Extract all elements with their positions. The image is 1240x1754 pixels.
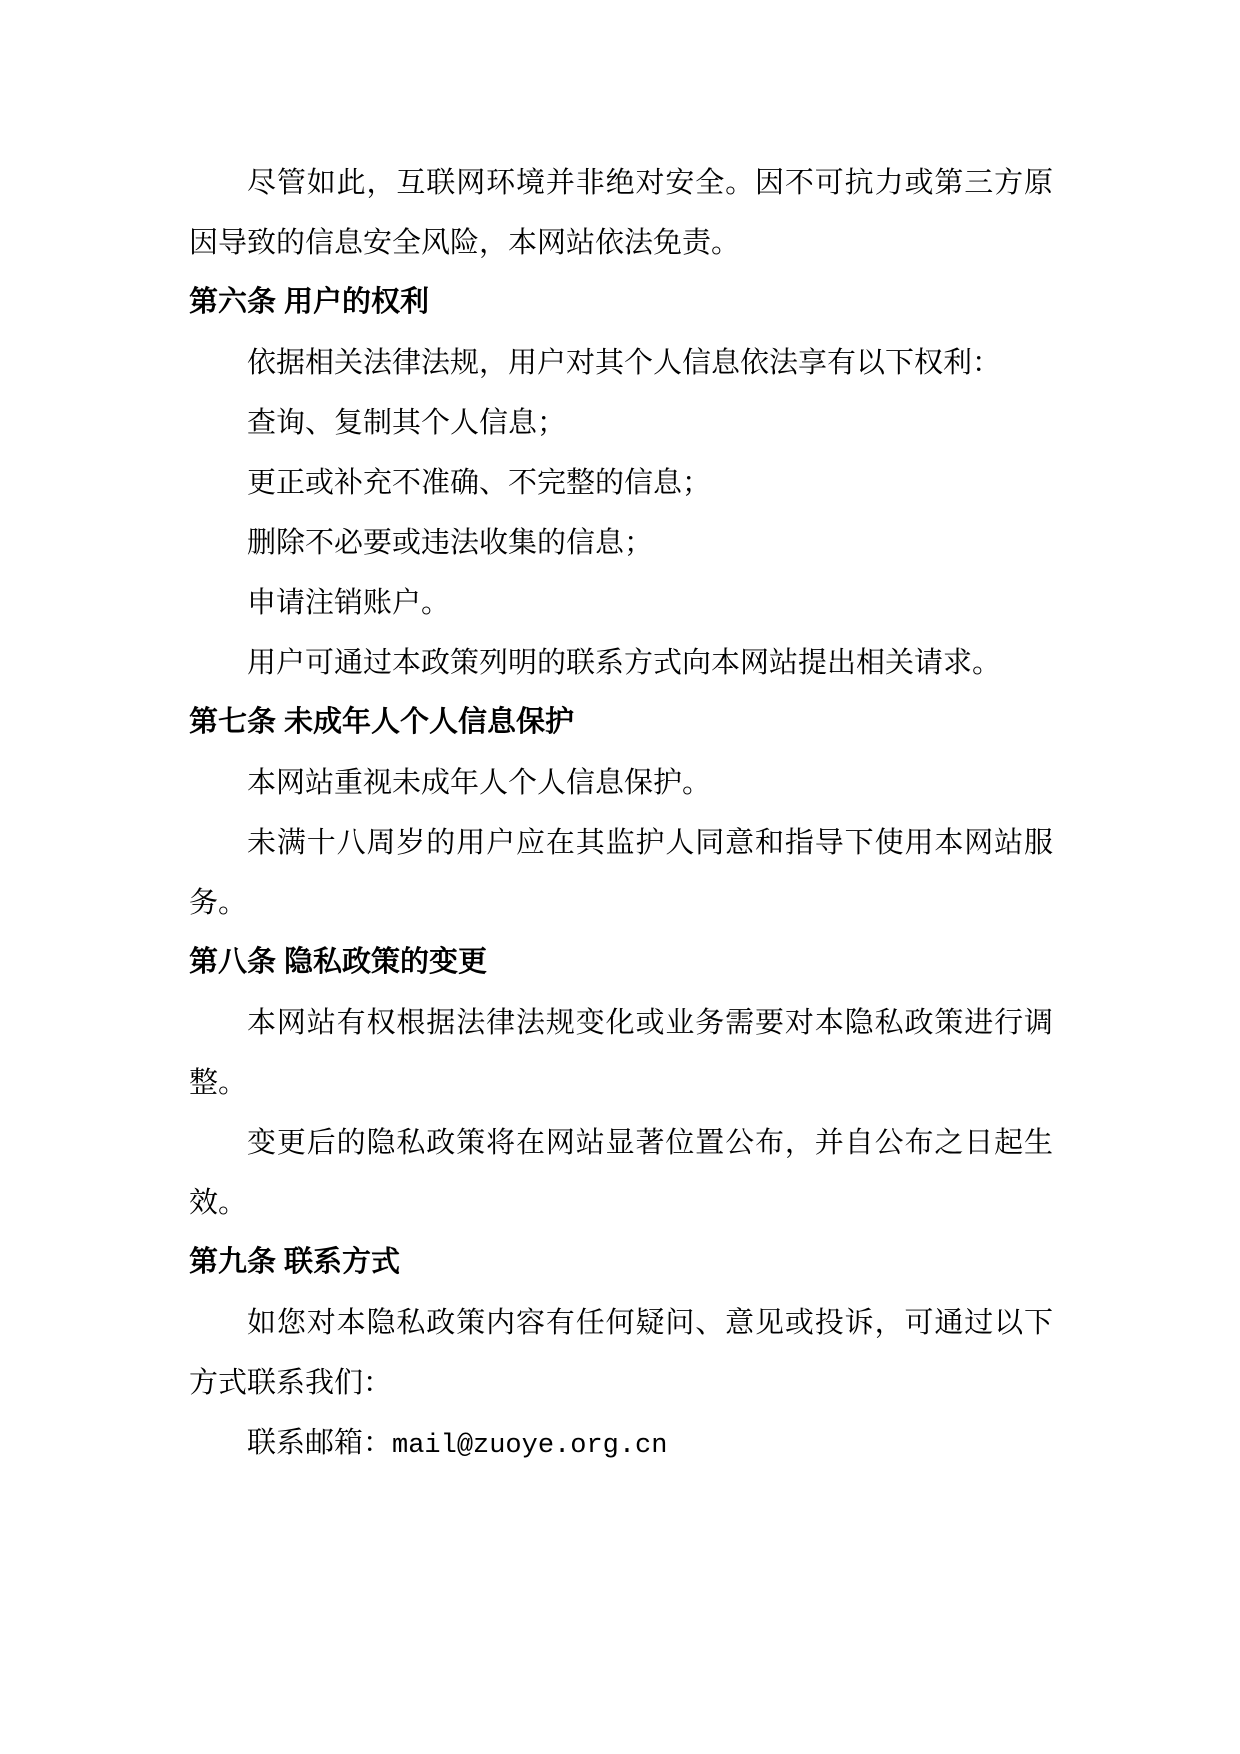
document-body: 尽管如此，互联网环境并非绝对安全。因不可抗力或第三方原因导致的信息安全风险，本网… [189, 152, 1053, 1476]
paragraph-right-correct: 更正或补充不准确、不完整的信息； [189, 452, 1053, 512]
paragraph-right-delete: 删除不必要或违法收集的信息； [189, 512, 1053, 572]
contact-email-label: 联系邮箱： [247, 1425, 392, 1459]
paragraph-minors-guardian: 未满十八周岁的用户应在其监护人同意和指导下使用本网站服务。 [189, 812, 1053, 932]
section-heading-article-7: 第七条 未成年人个人信息保护 [189, 692, 1053, 752]
paragraph-contact-intro: 如您对本隐私政策内容有任何疑问、意见或投诉，可通过以下方式联系我们： [189, 1292, 1053, 1412]
section-heading-article-8: 第八条 隐私政策的变更 [189, 932, 1053, 992]
paragraph-right-query-copy: 查询、复制其个人信息； [189, 392, 1053, 452]
paragraph-contact-email-line: 联系邮箱：mail@zuoye.org.cn [189, 1412, 1053, 1476]
paragraph-rights-intro: 依据相关法律法规，用户对其个人信息依法享有以下权利： [189, 332, 1053, 392]
document-page: 尽管如此，互联网环境并非绝对安全。因不可抗力或第三方原因导致的信息安全风险，本网… [0, 0, 1240, 1754]
section-heading-article-9: 第九条 联系方式 [189, 1232, 1053, 1292]
paragraph-policy-effective: 变更后的隐私政策将在网站显著位置公布，并自公布之日起生效。 [189, 1112, 1053, 1232]
paragraph-request-channel: 用户可通过本政策列明的联系方式向本网站提出相关请求。 [189, 632, 1053, 692]
paragraph-disclaimer: 尽管如此，互联网环境并非绝对安全。因不可抗力或第三方原因导致的信息安全风险，本网… [189, 152, 1053, 272]
paragraph-minors-importance: 本网站重视未成年人个人信息保护。 [189, 752, 1053, 812]
section-heading-article-6: 第六条 用户的权利 [189, 272, 1053, 332]
contact-email: mail@zuoye.org.cn [392, 1431, 667, 1461]
paragraph-policy-adjustment: 本网站有权根据法律法规变化或业务需要对本隐私政策进行调整。 [189, 992, 1053, 1112]
paragraph-right-cancel-account: 申请注销账户。 [189, 572, 1053, 632]
